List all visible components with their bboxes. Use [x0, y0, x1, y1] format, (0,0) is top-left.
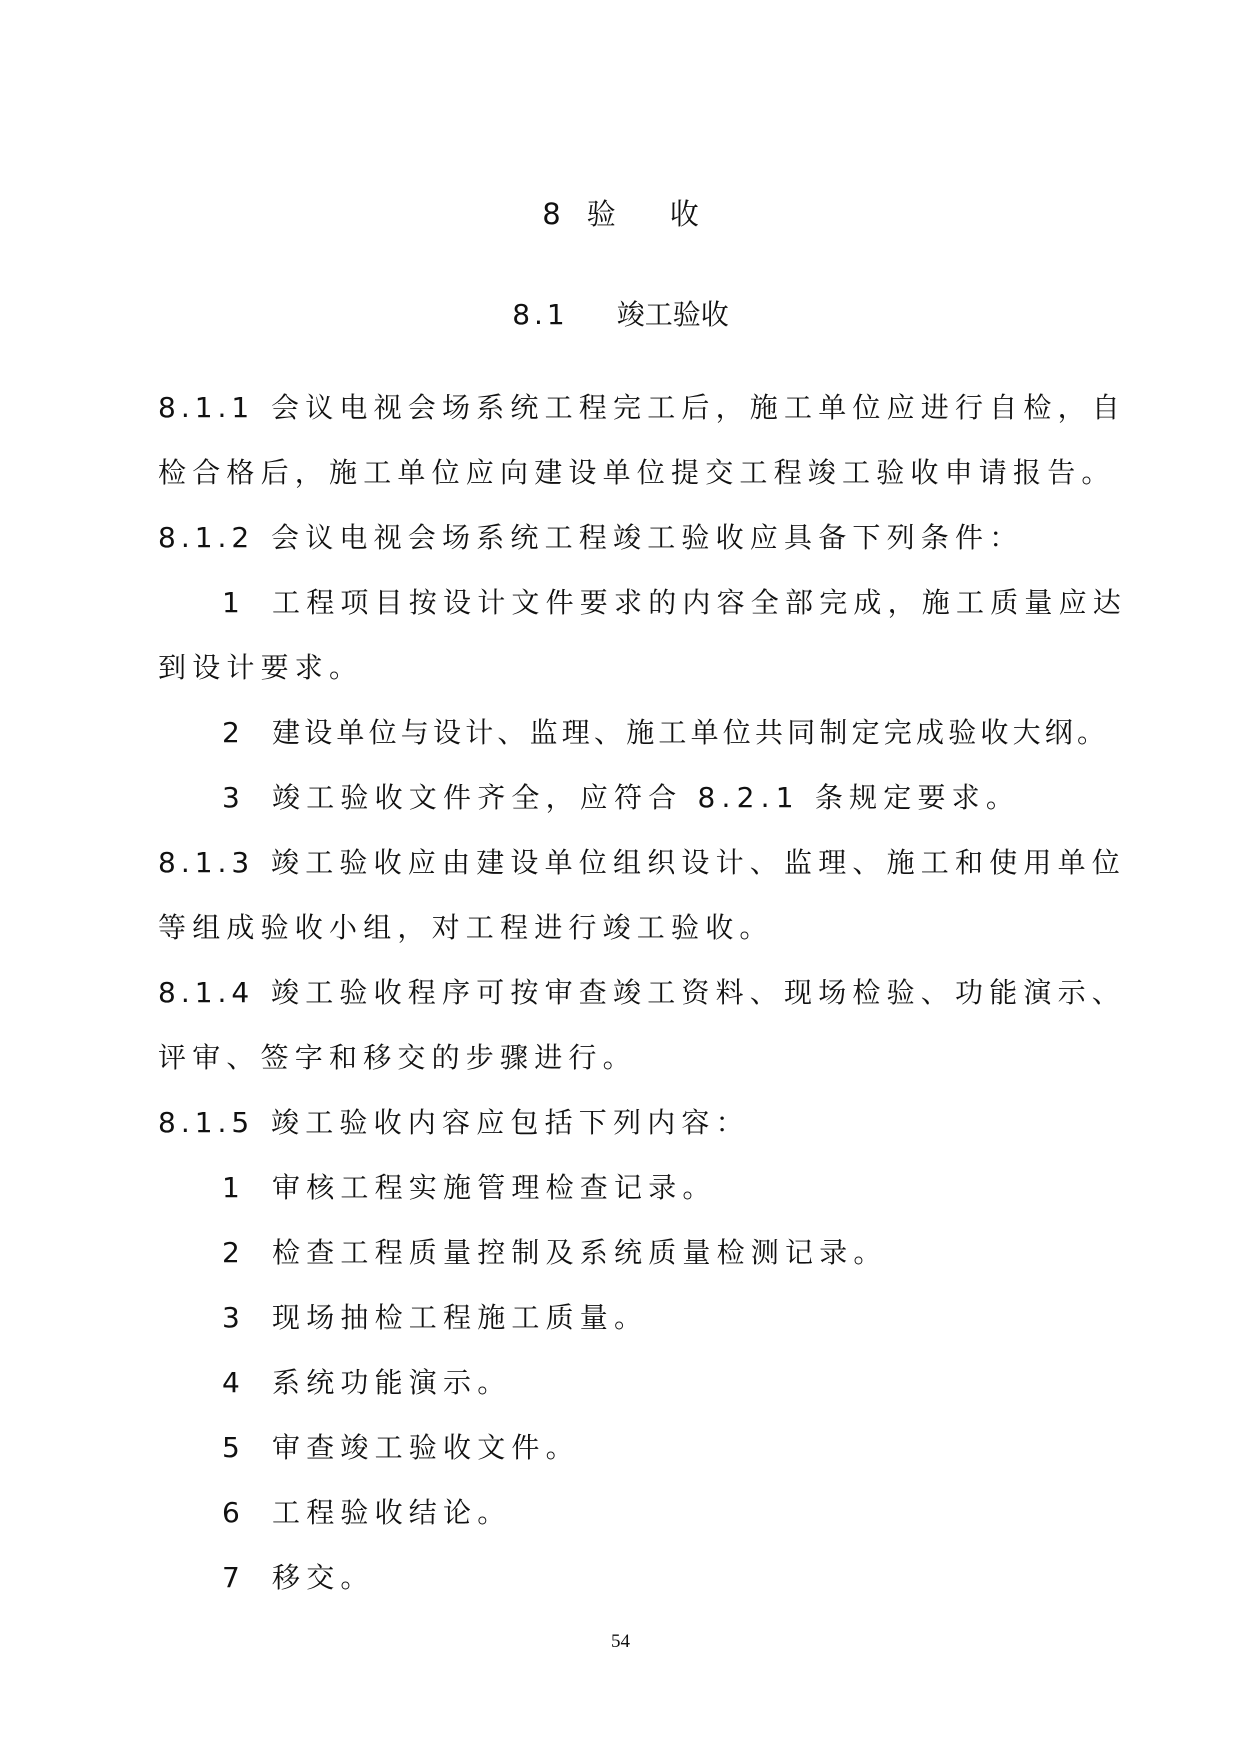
chapter-title: 8验收: [0, 196, 1241, 232]
clause-8-1-2-item-1-line-2: 到设计要求。: [158, 651, 363, 685]
item-number: 5: [222, 1431, 272, 1465]
item-number: 3: [222, 1301, 272, 1335]
clause-8-1-4-line-2: 评审、签字和移交的步骤进行。: [158, 1041, 637, 1075]
item-number: 2: [222, 716, 272, 750]
item-text: 工程项目按设计文件要求的内容全部完成，施工质量应达: [272, 586, 1127, 619]
clause-number: 8.1.3: [158, 846, 271, 880]
clause-8-1-5-item-4: 4系统功能演示。: [222, 1366, 511, 1400]
item-text: 竣工验收文件齐全，应符合 8.2.1 条规定要求。: [272, 781, 1020, 814]
item-text: 工程验收结论。: [272, 1496, 511, 1529]
clause-8-1-2-item-2: 2建设单位与设计、监理、施工单位共同制定完成验收大纲。: [222, 716, 1109, 750]
item-text: 审查竣工验收文件。: [272, 1431, 580, 1464]
clause-8-1-4-line-1: 8.1.4竣工验收程序可按审查竣工资料、现场检验、功能演示、: [158, 976, 1126, 1010]
item-number: 1: [222, 1171, 272, 1205]
page-number: 54: [0, 1631, 1241, 1653]
clause-text: 会议电视会场系统工程竣工验收应具备下列条件：: [271, 521, 1023, 554]
clause-8-1-5-item-6: 6工程验收结论。: [222, 1496, 511, 1530]
clause-8-1-3-line-1: 8.1.3竣工验收应由建设单位组织设计、监理、施工和使用单位: [158, 846, 1126, 880]
item-number: 3: [222, 781, 272, 815]
clause-8-1-5-line-1: 8.1.5竣工验收内容应包括下列内容：: [158, 1106, 750, 1140]
chapter-title-char-1: 验: [587, 197, 616, 231]
item-number: 1: [222, 586, 272, 620]
item-text: 检查工程质量控制及系统质量检测记录。: [272, 1236, 888, 1269]
clause-8-1-1-line-1: 8.1.1会议电视会场系统工程完工后，施工单位应进行自检，自: [158, 391, 1126, 425]
clause-8-1-1-line-2: 检合格后，施工单位应向建设单位提交工程竣工验收申请报告。: [158, 456, 1116, 490]
clause-8-1-5-item-5: 5审查竣工验收文件。: [222, 1431, 580, 1465]
clause-number: 8.1.2: [158, 521, 271, 555]
section-title-text: 竣工验收: [617, 298, 729, 331]
clause-8-1-5-item-7: 7移交。: [222, 1561, 375, 1595]
item-text: 建设单位与设计、监理、施工单位共同制定完成验收大纲。: [272, 716, 1109, 749]
item-text: 审核工程实施管理检查记录。: [272, 1171, 717, 1204]
clause-8-1-3-line-2: 等组成验收小组，对工程进行竣工验收。: [158, 911, 774, 945]
clause-8-1-2-line-1: 8.1.2会议电视会场系统工程竣工验收应具备下列条件：: [158, 521, 1023, 555]
item-number: 2: [222, 1236, 272, 1270]
chapter-title-char-2: 收: [670, 197, 699, 231]
chapter-number: 8: [542, 197, 560, 231]
clause-text: 会议电视会场系统工程完工后，施工单位应进行自检，自: [271, 391, 1126, 424]
clause-8-1-2-item-1-line-1: 1工程项目按设计文件要求的内容全部完成，施工质量应达: [222, 586, 1127, 620]
item-number: 4: [222, 1366, 272, 1400]
item-number: 7: [222, 1561, 272, 1595]
clause-8-1-5-item-3: 3现场抽检工程施工质量。: [222, 1301, 648, 1335]
item-text: 现场抽检工程施工质量。: [272, 1301, 648, 1334]
clause-number: 8.1.4: [158, 976, 271, 1010]
document-page: 8验收 8.1竣工验收 8.1.1会议电视会场系统工程完工后，施工单位应进行自检…: [0, 0, 1241, 1754]
clause-number: 8.1.5: [158, 1106, 271, 1140]
clause-text: 竣工验收程序可按审查竣工资料、现场检验、功能演示、: [271, 976, 1126, 1009]
clause-8-1-5-item-2: 2检查工程质量控制及系统质量检测记录。: [222, 1236, 888, 1270]
clause-number: 8.1.1: [158, 391, 271, 425]
section-number: 8.1: [512, 298, 569, 331]
item-number: 6: [222, 1496, 272, 1530]
clause-text: 竣工验收内容应包括下列内容：: [271, 1106, 750, 1139]
section-title: 8.1竣工验收: [0, 298, 1241, 332]
clause-text: 竣工验收应由建设单位组织设计、监理、施工和使用单位: [271, 846, 1126, 879]
item-text: 移交。: [272, 1561, 375, 1594]
clause-8-1-2-item-3: 3竣工验收文件齐全，应符合 8.2.1 条规定要求。: [222, 781, 1020, 815]
item-text: 系统功能演示。: [272, 1366, 511, 1399]
clause-8-1-5-item-1: 1审核工程实施管理检查记录。: [222, 1171, 717, 1205]
